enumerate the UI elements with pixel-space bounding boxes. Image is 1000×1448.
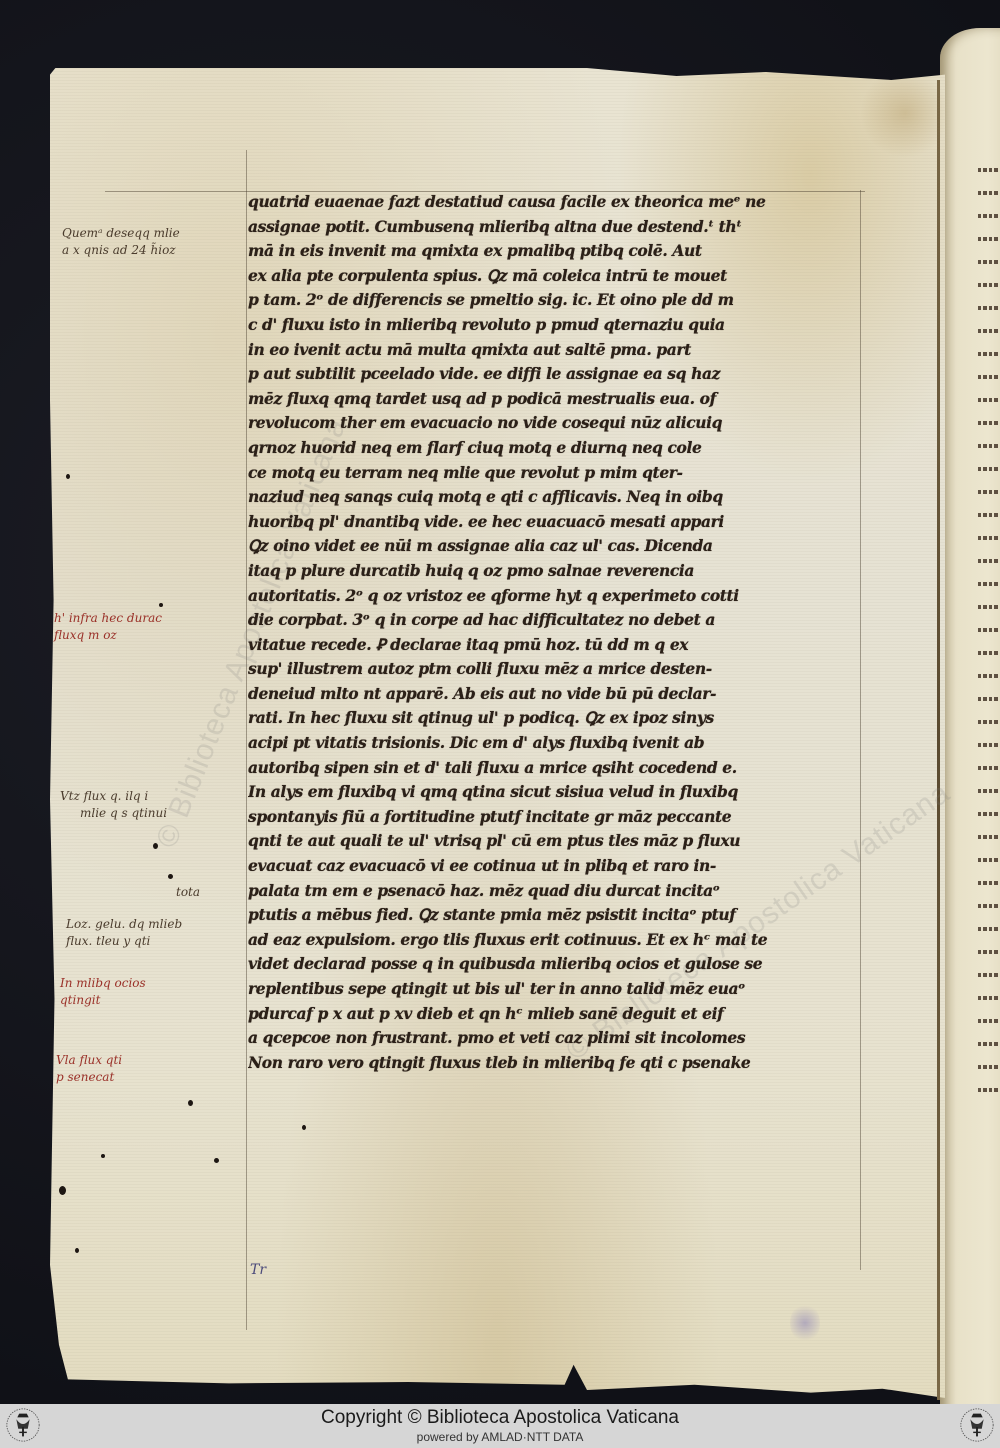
facing-page-line (978, 689, 1000, 712)
gutter-fold (937, 80, 940, 1400)
manuscript-line: mēz fluxq qmq tardet usq ad p podicā mes… (248, 387, 854, 412)
facing-page-line (978, 1034, 1000, 1057)
manuscript-line: acipi pt vitatis trisionis. Dic em d' al… (248, 731, 854, 756)
manuscript-line: Ꝗz oino videt ee nūi m assignae alia caz… (248, 534, 854, 559)
copyright-footer: Copyright © Biblioteca Apostolica Vatica… (0, 1404, 1000, 1448)
facing-page-line (978, 1011, 1000, 1034)
facing-page-line (978, 482, 1000, 505)
facing-page-line (978, 229, 1000, 252)
manuscript-line: replentibus sepe qtingit ut bis ul' ter … (248, 977, 854, 1002)
bottom-note: Tr (250, 1262, 266, 1279)
manuscript-text-block: quatrid euaenae fazt destatiud causa fac… (248, 190, 854, 1075)
marginal-note-line: Vtz flux q. ilq i (60, 788, 167, 805)
ink-spot (101, 1154, 105, 1158)
marginal-note-line: qtingit (60, 992, 146, 1009)
manuscript-line: Non raro vero qtingit fluxus tleb in mli… (248, 1051, 854, 1076)
facing-page-text (978, 160, 1000, 1100)
ruling-left (246, 150, 247, 1330)
manuscript-line: quatrid euaenae fazt destatiud causa fac… (248, 190, 854, 215)
manuscript-line: autoribq sipen sin et d' tali fluxu a mr… (248, 756, 854, 781)
marginal-note-rubric: h' infra hec durac fluxq m oz (54, 610, 162, 644)
facing-page-line (978, 712, 1000, 735)
manuscript-line: ad eaz expulsiom. ergo tlis fluxus erit … (248, 928, 854, 953)
facing-page-line (978, 666, 1000, 689)
manuscript-line: p aut subtilit pceelado vide. ee diffi l… (248, 362, 854, 387)
facing-page-line (978, 988, 1000, 1011)
facing-page-line (978, 413, 1000, 436)
facing-page-line (978, 850, 1000, 873)
ink-spot (214, 1158, 219, 1163)
ink-stain (790, 1303, 820, 1343)
ink-spot (66, 474, 70, 479)
manuscript-line: qrnoz huorid neq em flarf ciuq motq e di… (248, 436, 854, 461)
manuscript-line: qnti te aut quali te ul' vtrisq pl' cū e… (248, 829, 854, 854)
facing-page-line (978, 827, 1000, 850)
facing-page-line (978, 459, 1000, 482)
facing-page-line (978, 919, 1000, 942)
facing-page-line (978, 1080, 1000, 1100)
image-viewer[interactable]: © Biblioteca Apostolica Vaticana © Bibli… (0, 0, 1000, 1404)
manuscript-line: assignae potit. Cumbusenq mlieribq altna… (248, 215, 854, 240)
facing-page-line (978, 620, 1000, 643)
facing-page-line (978, 942, 1000, 965)
manuscript-line: pdurcaf p x aut p xv dieb et qn hᶜ mlieb… (248, 1002, 854, 1027)
marginal-note-line: Quemᵃ deseqq mlie (62, 225, 180, 242)
facing-page-line (978, 1057, 1000, 1080)
manuscript-line: in eo ivenit actu mā multa qmixta aut sa… (248, 338, 854, 363)
marginal-note-line: mlie q s qtinui (60, 805, 167, 822)
facing-page-line (978, 367, 1000, 390)
copyright-text: Copyright © Biblioteca Apostolica Vatica… (321, 1407, 679, 1429)
vatican-library-seal-icon (4, 1406, 42, 1444)
marginal-note-line: a x qnis ad 24 h̃ioz (62, 242, 180, 259)
facing-page-line (978, 758, 1000, 781)
ink-spot (302, 1125, 306, 1130)
marginal-note-line: Vla flux qti (56, 1052, 122, 1069)
manuscript-line: naziud neq sanqs cuiq motq e qti c affli… (248, 485, 854, 510)
facing-page-line (978, 735, 1000, 758)
facing-page-line (978, 160, 1000, 183)
facing-page-line (978, 873, 1000, 896)
manuscript-line: evacuat caz evacuacō vi ee cotinua ut in… (248, 854, 854, 879)
facing-page-line (978, 344, 1000, 367)
manuscript-line: huoribq pl' dnantibq vide. ee hec euacua… (248, 510, 854, 535)
marginal-note-line: tota (176, 884, 200, 901)
facing-page-line (978, 390, 1000, 413)
marginal-note: Vtz flux q. ilq i mlie q s qtinui (60, 788, 167, 822)
ruling-right (860, 190, 861, 1270)
powered-by-text: powered by AMLAD·NTT DATA (417, 1429, 584, 1445)
marginal-note-rubric: In mlibq ocios qtingit (60, 975, 146, 1009)
manuscript-line: a qcepcoe non frustrant. pmo et veti caz… (248, 1026, 854, 1051)
facing-page-line (978, 551, 1000, 574)
marginal-note-line: p senecat (56, 1069, 122, 1086)
marginal-note-line: In mlibq ocios (60, 975, 146, 992)
ink-spot (59, 1186, 66, 1195)
ink-spot (153, 843, 158, 849)
ink-spot (75, 1248, 79, 1253)
manuscript-line: ex alia pte corpulenta spius. Ꝗz mā cole… (248, 264, 854, 289)
manuscript-line: die corpbat. 3ᵒ q in corpe ad hac diffic… (248, 608, 854, 633)
facing-page-line (978, 505, 1000, 528)
manuscript-line: vitatue recede. Ꝑ declarae itaq pmū hoz.… (248, 633, 854, 658)
manuscript-line: ce motq eu terram neq mlie que revolut p… (248, 461, 854, 486)
facing-page-line (978, 298, 1000, 321)
ink-spot (168, 874, 173, 879)
marginal-note: tota (176, 884, 200, 901)
facing-page-line (978, 275, 1000, 298)
manuscript-line: autoritatis. 2ᵒ q oz vristoz ee qforme h… (248, 584, 854, 609)
ink-spot (159, 603, 163, 607)
manuscript-line: videt declarad posse q in quibusda mlier… (248, 952, 854, 977)
manuscript-line: c d' fluxu isto in mlieribq revoluto p p… (248, 313, 854, 338)
vatican-library-seal-icon (958, 1406, 996, 1444)
marginal-note-line: Loz. gelu. dq mlieb (66, 916, 182, 933)
marginal-note-line: h' infra hec durac (54, 610, 162, 627)
manuscript-line: ptutis a mēbus fied. Ꝗz stante pmia mēz … (248, 903, 854, 928)
marginal-note-line: flux. tleu y qti (66, 933, 182, 950)
manuscript-line: palata tm em e psenacō haz. mēz quad diu… (248, 879, 854, 904)
marginal-note-line: fluxq m oz (54, 627, 162, 644)
manuscript-line: mā in eis invenit ma qmixta ex pmalibq p… (248, 239, 854, 264)
facing-page-line (978, 574, 1000, 597)
facing-page-line (978, 183, 1000, 206)
facing-page-line (978, 528, 1000, 551)
manuscript-line: revolucom ther em evacuacio no vide cose… (248, 411, 854, 436)
facing-page-line (978, 206, 1000, 229)
ink-spot (188, 1100, 193, 1106)
manuscript-line: spontanyis fiū a fortitudine ptutf incit… (248, 805, 854, 830)
marginal-note: Loz. gelu. dq mlieb flux. tleu y qti (66, 916, 182, 950)
manuscript-line: itaq p plure durcatib huiq q oz pmo saln… (248, 559, 854, 584)
facing-page-line (978, 781, 1000, 804)
marginal-note-rubric: Vla flux qti p senecat (56, 1052, 122, 1086)
facing-page-line (978, 252, 1000, 275)
facing-page-line (978, 804, 1000, 827)
manuscript-line: sup' illustrem autoz ptm colli fluxu mēz… (248, 657, 854, 682)
marginal-note: Quemᵃ deseqq mlie a x qnis ad 24 h̃ioz (62, 225, 180, 259)
facing-page-line (978, 965, 1000, 988)
manuscript-line: rati. In hec fluxu sit qtinug ul' p podi… (248, 706, 854, 731)
facing-page-line (978, 643, 1000, 666)
facing-page-line (978, 597, 1000, 620)
manuscript-line: deneiud mlto nt apparē. Ab eis aut no vi… (248, 682, 854, 707)
facing-page-line (978, 896, 1000, 919)
facing-page-line (978, 436, 1000, 459)
manuscript-line: In alys em fluxibq vi qmq qtina sicut si… (248, 780, 854, 805)
manuscript-line: p tam. 2ᵒ de differencis se pmeltio sig.… (248, 288, 854, 313)
facing-page-line (978, 321, 1000, 344)
